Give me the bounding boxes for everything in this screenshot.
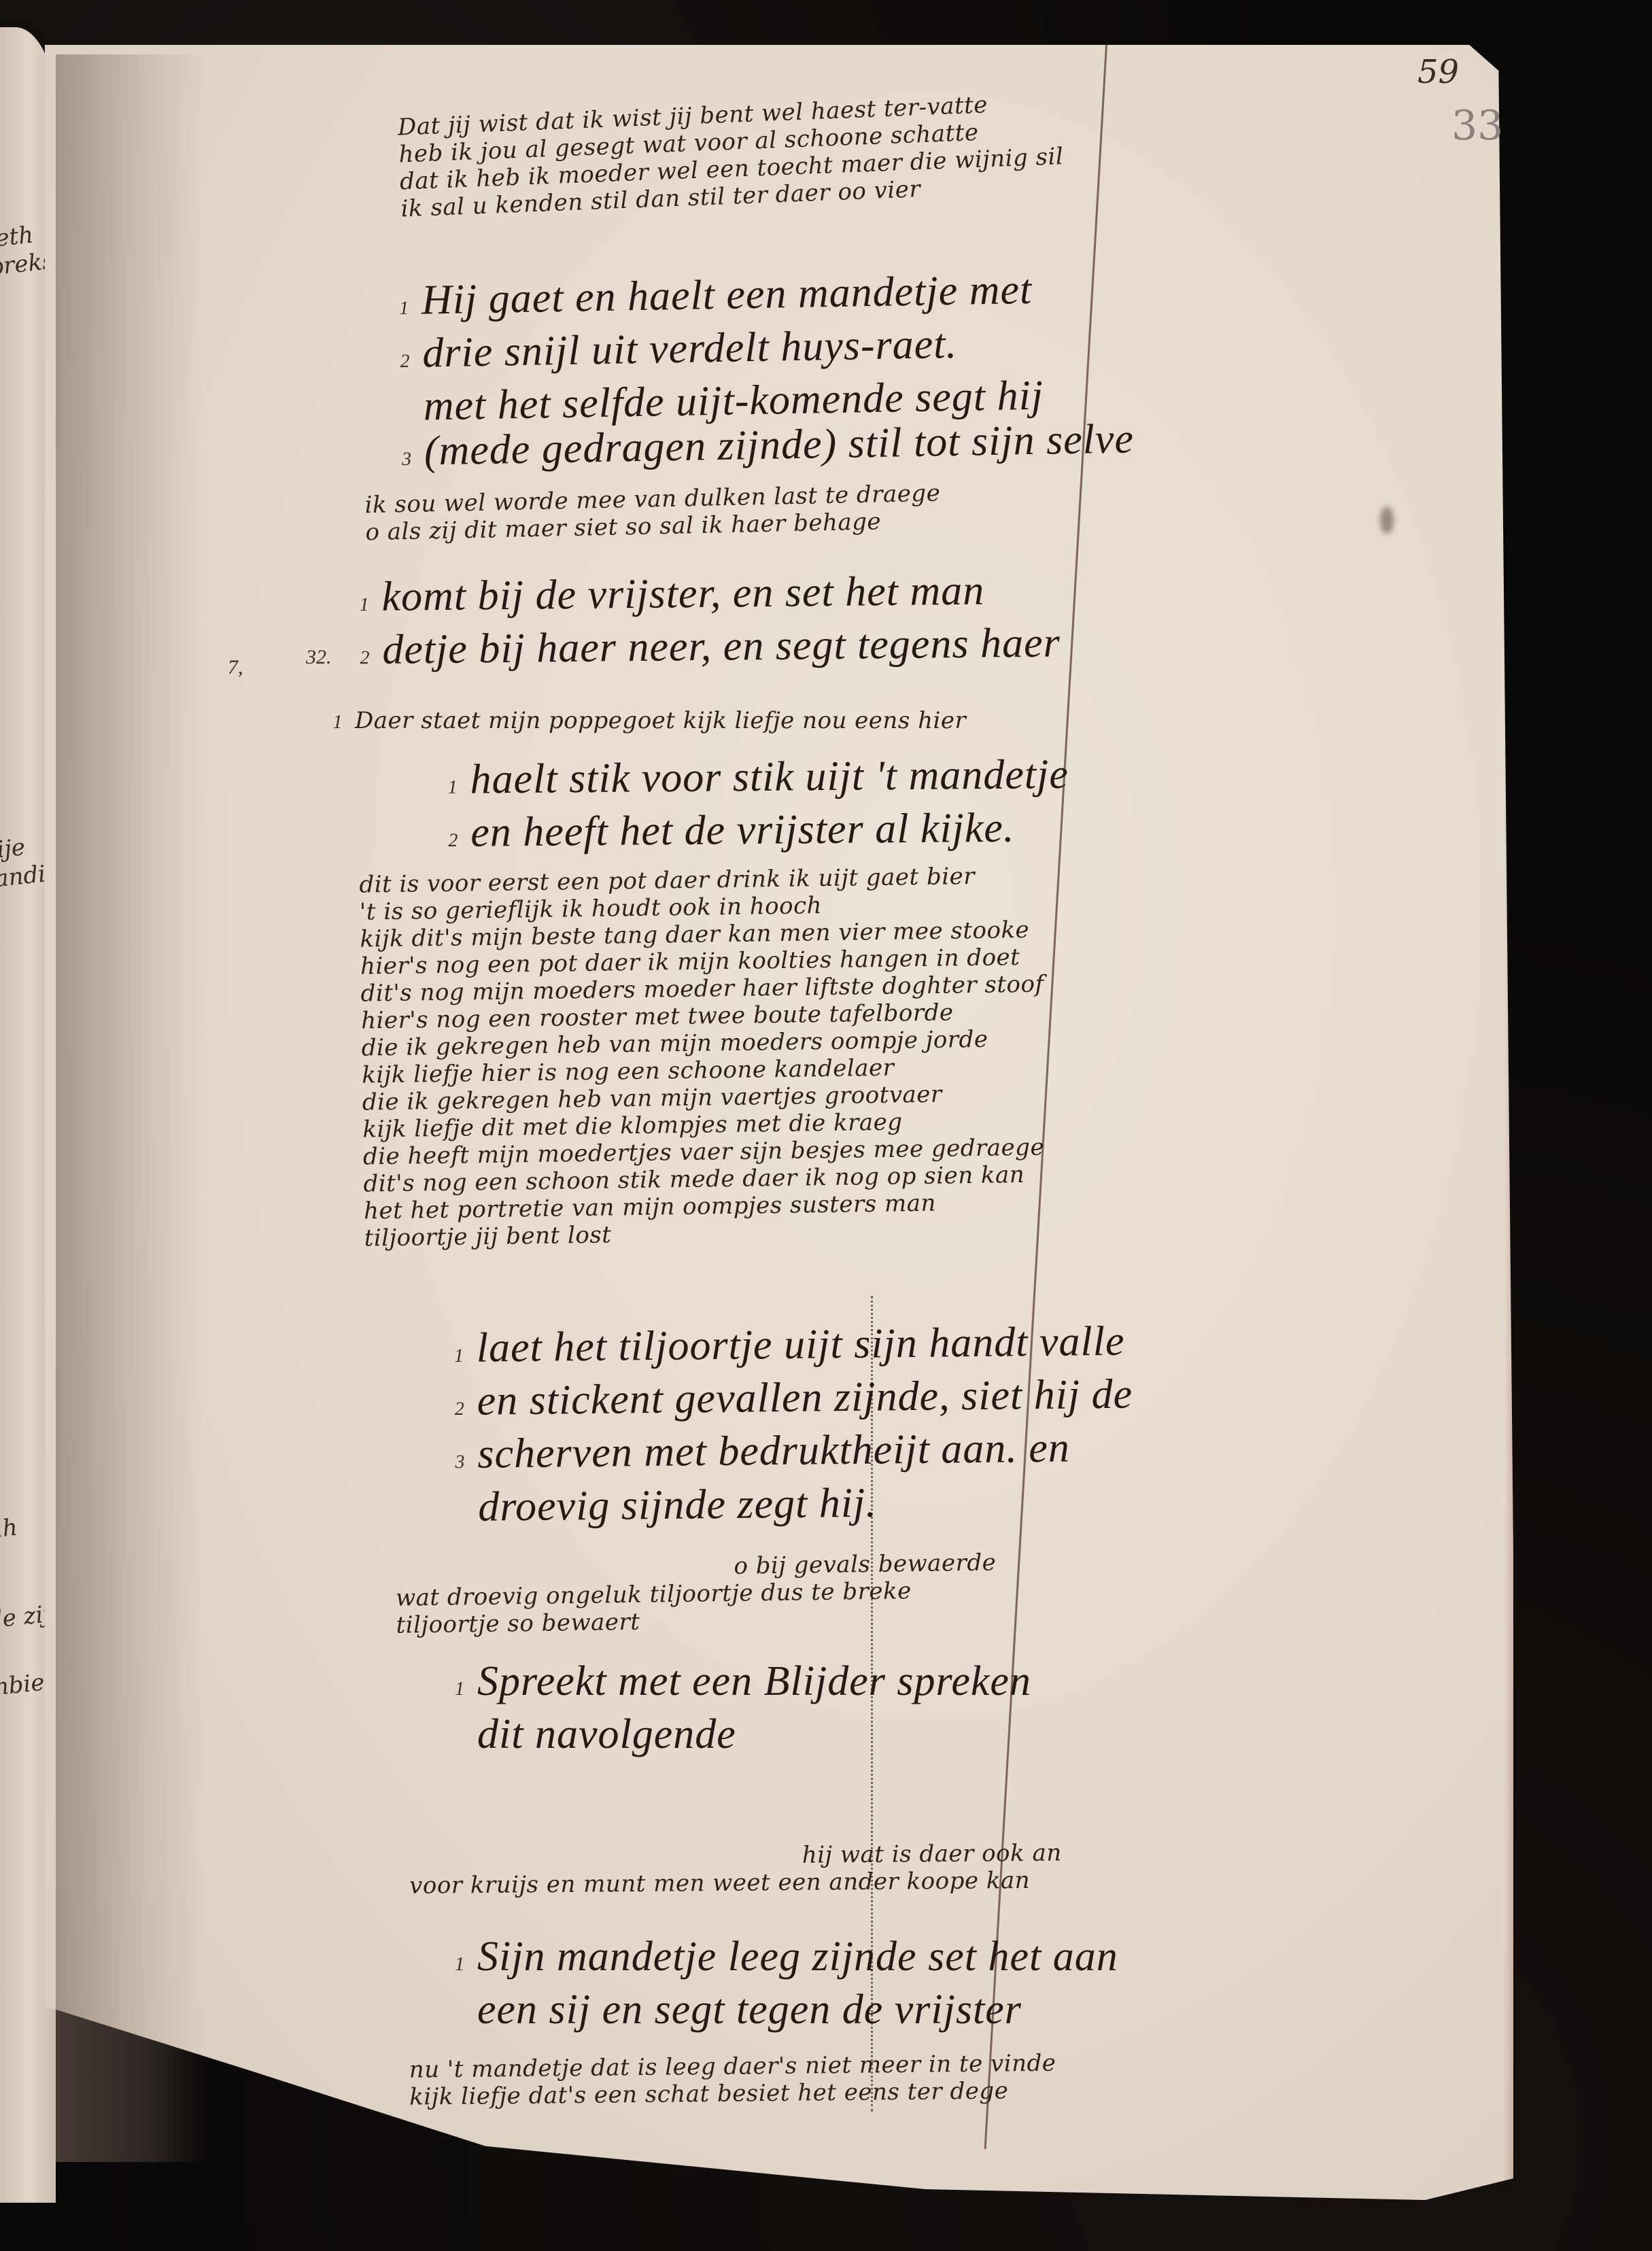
direction-line: 1komt bij de vrijster, en set het man bbox=[339, 567, 1060, 628]
facing-page-fragment: vrije bbox=[0, 834, 27, 866]
folio-number-ink: 59 bbox=[1417, 53, 1459, 91]
direction-line: 1laet het tiljoortje uijt sijn handt val… bbox=[434, 1319, 1132, 1379]
direction-line: 3scherven met bedruktheijt aan. en bbox=[435, 1425, 1133, 1485]
direction-line: 1haelt stik voor stik uijt 't mandetje bbox=[428, 752, 1069, 810]
verse-block: nu 't mandetje dat is leeg daer's niet m… bbox=[367, 2050, 1056, 2112]
verse-block: 1Daer staet mijn poppegoet kijk liefje n… bbox=[313, 707, 966, 736]
verse-line: 1Daer staet mijn poppegoet kijk liefje n… bbox=[313, 707, 966, 736]
margin-mark: 7, bbox=[228, 656, 243, 679]
stage-direction-block: 1Sijn mandetje leeg zijnde set het aan e… bbox=[435, 1934, 1118, 2032]
folio-number-pencil: 33 bbox=[1451, 102, 1503, 150]
stage-direction-block: 1haelt stik voor stik uijt 't mandetje 2… bbox=[428, 752, 1069, 863]
direction-line: 2en heeft het de vrijster al kijke. bbox=[428, 805, 1069, 863]
stage-direction-block: 1laet het tiljoortje uijt sijn handt val… bbox=[434, 1319, 1134, 1530]
stage-direction-block: 1Hij gaet en haelt een mandetje met 2dri… bbox=[379, 265, 1134, 482]
facing-page-fragment: nde zij bbox=[0, 1600, 52, 1636]
direction-line: een sij en segt tegen de vrijster bbox=[435, 1987, 1118, 2032]
stage-direction-block: 1komt bij de vrijster, en set het man 2d… bbox=[339, 567, 1061, 681]
direction-line: 1Spreekt met een Blijder spreken bbox=[435, 1659, 1031, 1712]
direction-line: 2detje bij haer neer, en segt tegens hae… bbox=[340, 620, 1061, 681]
verse-block: dit is voor eerst een pot daer drink ik … bbox=[317, 862, 1048, 1253]
verse-block: hij wat is daer ook an voor kruijs en mu… bbox=[367, 1840, 1063, 1900]
direction-line: dit navolgende bbox=[435, 1712, 1031, 1757]
facing-page-fragment: nhh bbox=[0, 1514, 19, 1546]
direction-line: droevig sijnde zegt hij. bbox=[436, 1478, 1134, 1530]
margin-mark: 32. bbox=[306, 646, 332, 669]
verse-block: o bij gevals bewaerde wat droevig ongelu… bbox=[353, 1549, 997, 1639]
direction-line: 2en stickent gevallen zijnde, siet hij d… bbox=[434, 1372, 1133, 1432]
direction-line: 1Sijn mandetje leeg zijnde set het aan bbox=[435, 1934, 1118, 1987]
facing-page-fragment: ombie bbox=[0, 1669, 46, 1704]
ink-blot bbox=[1380, 506, 1394, 534]
stage-direction-block: 1Spreekt met een Blijder spreken dit nav… bbox=[435, 1659, 1031, 1757]
